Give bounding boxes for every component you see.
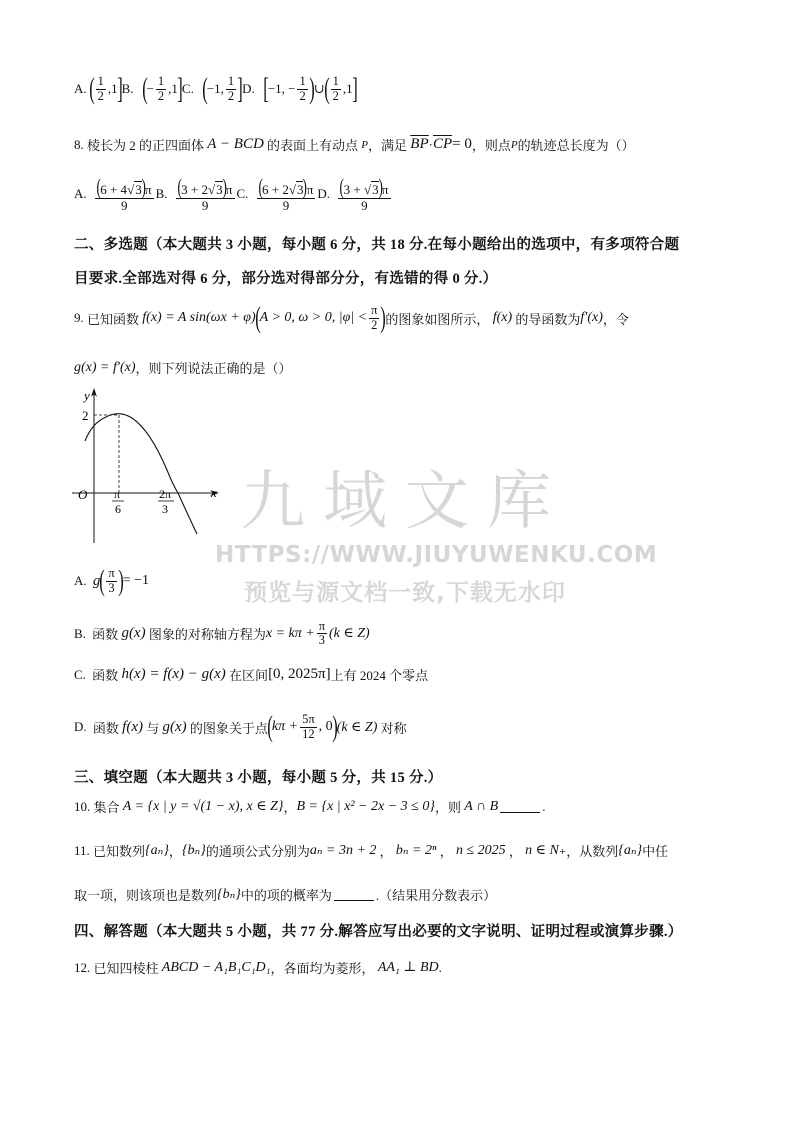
question-text: 的轨迹总长度为（）	[518, 135, 635, 154]
math-expr: kπ +	[272, 719, 298, 735]
question-text: 图象的对称轴方程为	[149, 624, 266, 643]
question-number: 11.	[74, 843, 90, 859]
set-b-expr: B = {x | x² − 2x − 3 ≤ 0}	[296, 799, 434, 815]
question-text: 取一项，则该项也是数列	[74, 885, 217, 904]
separator: ，	[283, 797, 296, 816]
q8-options: A. (6 + 4√3)π 9 B. (3 + 2√3)π 9 C. (6 + …	[74, 176, 393, 213]
question-text: ，令	[603, 309, 629, 328]
q7-option-a-label: A.	[74, 81, 87, 97]
option-label: A.	[74, 573, 87, 589]
question-text: ，则点	[472, 135, 511, 154]
q8-option-c-label: C.	[237, 186, 249, 202]
section-4-heading: 四、解答题（本大题共 5 小题，共 77 分.解答应写出必要的文字说明、证明过程…	[74, 920, 683, 941]
math-expr: AA₁ ⊥ BD	[378, 959, 439, 976]
math-expr: g(x)	[163, 719, 187, 736]
q8-option-d-fraction: (3 + √3)π 9	[338, 176, 390, 213]
math-expr: (k ∈ Z)	[329, 625, 370, 642]
math-var: P	[361, 139, 368, 151]
fraction: π3	[106, 567, 116, 594]
question-text: 在区间	[229, 665, 268, 684]
question-12: 12. 已知四棱柱 ABCD − A₁B₁C₁D₁ ，各面均为菱形， AA₁ ⊥…	[74, 958, 442, 977]
math-expr: {aₙ}	[145, 842, 169, 859]
math-expr: g(x)	[121, 625, 145, 642]
math-expr: [0, 2025π]	[268, 666, 331, 683]
union-symbol: ∪	[314, 81, 325, 97]
math-expr: aₙ = 3n + 2	[310, 842, 377, 859]
watermark: 九域文库 HTTPS://WWW.JIUYUWENKU.COM 预览与源文档一致…	[215, 470, 595, 607]
math-text: ,1	[108, 81, 118, 97]
svg-text:2π: 2π	[159, 487, 171, 501]
question-text: 已知数列	[93, 841, 145, 860]
separator: ，	[169, 841, 182, 860]
section-3-heading: 三、填空题（本大题共 3 小题，每小题 5 分，共 15 分.）	[74, 766, 442, 787]
option-label: D.	[74, 719, 87, 735]
question-text: ，满足	[368, 135, 407, 154]
question-text: 的图象如图所示，	[385, 309, 489, 328]
question-number: 8.	[74, 137, 84, 153]
math-expr: x = kπ +	[266, 626, 315, 642]
option-label: B.	[74, 626, 86, 642]
question-text: 对称	[381, 718, 407, 737]
paren: (	[142, 74, 148, 104]
section-2-heading-cont: 目要求.全部选对得 6 分，部分选对得部分分，有选错的得 0 分.）	[74, 267, 497, 288]
q7-option-c-label: C.	[182, 81, 194, 97]
paren: (	[255, 303, 261, 333]
math-expr: f′(x)	[580, 310, 603, 326]
math-expr: (k ∈ Z)	[337, 719, 378, 736]
paren: (	[324, 74, 330, 104]
bracket: ]	[117, 74, 123, 104]
answer-blank[interactable]	[500, 800, 540, 813]
set-a-expr: A = {x | y = √(1 − x), x ∈ Z}	[123, 798, 284, 815]
watermark-logo-text: 九域文库	[215, 470, 595, 534]
math-expr: f(x)	[122, 719, 143, 736]
q9-option-d: D. 函数 f(x) 与 g(x) 的图象关于点 ( kπ + 5π12 , 0…	[74, 712, 407, 742]
option-label: C.	[74, 667, 86, 683]
q8-option-b-fraction: (3 + 2√3)π 9	[176, 176, 235, 213]
bracket: [	[263, 74, 269, 104]
fraction: 12	[297, 75, 307, 102]
question-text: ，则下列说法正确的是（）	[135, 358, 291, 377]
watermark-note: 预览与源文档一致,下载无水印	[215, 574, 595, 607]
q9-option-c: C. 函数 h(x) = f(x) − g(x) 在区间 [0, 2025π] …	[74, 665, 428, 684]
q9-option-a: A. g ( π3 ) = −1	[74, 566, 149, 596]
fraction: π2	[369, 304, 379, 331]
question-9: 9. 已知函数 f(x) = A sin(ωx + φ) ( A > 0, ω …	[74, 303, 629, 333]
math-text: −1,	[207, 81, 224, 97]
fraction: 12	[331, 75, 341, 102]
paren: )	[309, 74, 315, 104]
question-11: 11. 已知数列 {aₙ} ， {bₙ} 的通项公式分别为 aₙ = 3n + …	[74, 841, 668, 860]
question-text: 中的项的概率为	[241, 885, 332, 904]
question-number: 9.	[74, 310, 84, 326]
math-expr: g(x) = f′(x)	[74, 360, 135, 376]
vector-bp: BP	[410, 136, 428, 153]
question-text: 的表面上有动点	[267, 135, 358, 154]
fraction: 12	[226, 75, 236, 102]
question-text: 集合	[94, 797, 120, 816]
question-text: ，则	[435, 797, 461, 816]
watermark-url: HTTPS://WWW.JIUYUWENKU.COM	[215, 542, 595, 568]
q7-option-b-label: B.	[122, 81, 134, 97]
question-text: 的图象关于点	[190, 718, 268, 737]
math-expr: A > 0, ω > 0, |φ| <	[260, 310, 367, 326]
question-number: 10.	[74, 799, 90, 815]
section-2-heading: 二、多选题（本大题共 3 小题，每小题 6 分，共 18 分.在每小题给出的选项…	[74, 233, 679, 254]
question-number: 12.	[74, 960, 90, 976]
math-expr: ABCD − A₁B₁C₁D₁	[162, 960, 271, 976]
question-text: 函数	[93, 718, 119, 737]
svg-text:O: O	[78, 487, 88, 502]
question-text: 已知四棱柱	[94, 958, 159, 977]
fraction: 12	[96, 75, 106, 102]
question-11-cont: 取一项，则该项也是数列 {bₙ} 中的项的概率为 .（结果用分数表示）	[74, 885, 496, 904]
math-text: , 0	[319, 719, 333, 735]
question-8: 8. 棱长为 2 的正四面体 A − BCD 的表面上有动点 P ，满足 BP …	[74, 135, 635, 154]
q8-option-c-fraction: (6 + 2√3)π 9	[257, 176, 316, 213]
question-text: 的导函数为	[515, 309, 580, 328]
fraction: π3	[317, 620, 327, 647]
svg-text:3: 3	[162, 502, 168, 516]
paren: )	[332, 712, 338, 742]
math-expr: n ∈ N₊	[525, 842, 566, 859]
answer-blank[interactable]	[334, 888, 374, 901]
fraction: 12	[156, 75, 166, 102]
paren: (	[89, 74, 95, 104]
question-text: 与	[146, 718, 159, 737]
question-text: 上有 2024 个零点	[331, 665, 429, 684]
question-text: 棱长为 2 的正四面体	[87, 135, 204, 154]
paren: )	[381, 303, 387, 333]
period: .	[542, 799, 545, 815]
svg-text:6: 6	[115, 502, 121, 516]
paren: )	[118, 566, 124, 596]
question-text: 已知函数	[87, 309, 139, 328]
q9-option-b: B. 函数 g(x) 图象的对称轴方程为 x = kπ + π3 (k ∈ Z)	[74, 620, 370, 647]
question-10: 10. 集合 A = {x | y = √(1 − x), x ∈ Z} ， B…	[74, 797, 545, 816]
paren: (	[100, 566, 106, 596]
math-text: = 0	[452, 136, 472, 153]
bracket: ]	[177, 74, 183, 104]
math-expr: f(x) = A sin(ωx + φ)	[142, 310, 255, 326]
q8-option-b-label: B.	[156, 186, 168, 202]
question-text: 函数	[92, 624, 118, 643]
svg-text:π: π	[114, 487, 120, 501]
math-expr: A ∩ B	[464, 799, 498, 815]
math-text: −1, −	[268, 81, 296, 97]
q8-option-d-label: D.	[317, 186, 330, 202]
paren: (	[202, 74, 208, 104]
svg-text:x: x	[210, 485, 217, 500]
svg-text:2: 2	[82, 408, 89, 423]
math-expr: A − BCD	[207, 136, 264, 153]
svg-text:y: y	[82, 388, 90, 403]
question-text: 的通项公式分别为	[206, 841, 310, 860]
question-text: ，各面均为菱形，	[271, 958, 375, 977]
question-9-cont: g(x) = f′(x) ，则下列说法正确的是（）	[74, 358, 292, 377]
bracket: ]	[237, 74, 243, 104]
math-text: ,1	[343, 81, 353, 97]
math-expr: {bₙ}	[182, 842, 206, 859]
math-text: = −1	[123, 573, 149, 589]
q8-option-a-label: A.	[74, 186, 87, 202]
q7-option-d-label: D.	[242, 81, 255, 97]
vector-cp: CP	[433, 136, 452, 153]
period: .	[439, 960, 442, 976]
fraction: 5π12	[300, 713, 317, 740]
question-text: ，从数列	[566, 841, 618, 860]
math-var: P	[511, 139, 518, 151]
question-text: 函数	[92, 665, 118, 684]
q8-option-a-fraction: (6 + 4√3)π 9	[95, 176, 154, 213]
math-expr: {bₙ}	[217, 886, 241, 903]
math-expr: f(x)	[493, 310, 512, 326]
question-text: 中任	[642, 841, 668, 860]
math-expr: {aₙ}	[618, 842, 642, 859]
math-expr: n ≤ 2025	[456, 843, 506, 859]
paren: (	[267, 712, 273, 742]
bracket: ]	[352, 74, 358, 104]
math-expr: h(x) = f(x) − g(x)	[121, 666, 225, 683]
math-expr: bₙ = 2ⁿ	[396, 842, 437, 859]
question-text: .（结果用分数表示）	[376, 885, 496, 904]
q7-options: A. ( 12 ,1 ] B. ( − 12 ,1 ] C. ( −1, 12 …	[74, 74, 357, 104]
function-graph: y 2 O x π 6 2π 3	[70, 385, 230, 545]
